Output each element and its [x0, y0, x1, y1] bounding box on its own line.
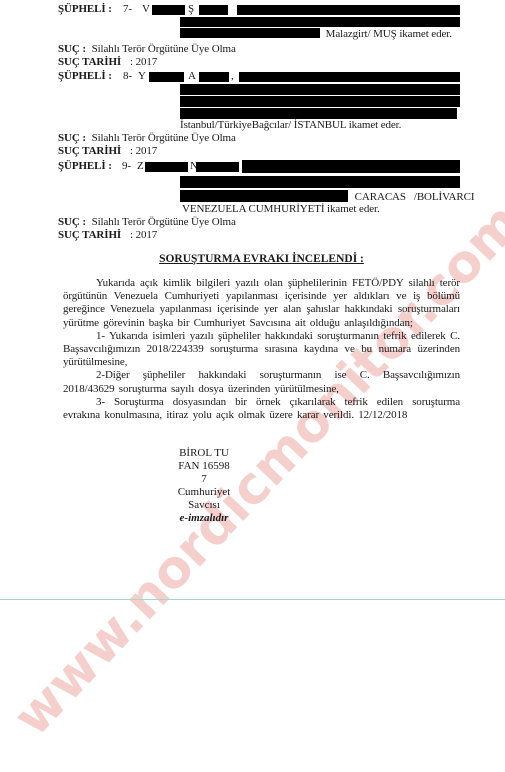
body-paragraph-1: Yukarıda açık kimlik bilgileri yazılı ol… — [63, 277, 460, 330]
crime-label: SUÇ : — [58, 216, 86, 228]
redaction-bar — [242, 160, 460, 173]
redaction-bar — [180, 84, 460, 95]
suspect-8-redacted-line — [180, 84, 460, 95]
redaction-bar — [180, 28, 320, 38]
crime-date-label: SUÇ TARİHİ — [58, 229, 121, 241]
redaction-bar — [145, 162, 188, 172]
crime-date-value: : 2017 — [130, 145, 157, 158]
redaction-bar — [199, 5, 228, 15]
body-paragraph-3: 2-Diğer şüpheliler hakkındaki soruşturma… — [63, 369, 460, 395]
redaction-bar — [180, 190, 348, 202]
suspect-initial: A — [188, 70, 196, 83]
crime-date-value: : 2017 — [130, 56, 157, 69]
redaction-bar — [180, 176, 460, 188]
redaction-bar — [149, 72, 184, 82]
residence-text: İstanbul/TürkiyeBağcılar/ İSTANBUL ikame… — [180, 119, 401, 131]
suspect-9-redacted-line — [180, 176, 460, 188]
suspect-number: 7- — [123, 3, 132, 16]
section-heading-text: SORUŞTURMA EVRAKI İNCELENDİ : — [159, 253, 364, 265]
suspect-8-residence-line: İstanbul/TürkiyeBağcılar/ İSTANBUL ikame… — [180, 119, 401, 132]
suspect-8-redacted-line — [180, 96, 460, 107]
residence-text: CARACAS /BOLİVARCI — [355, 191, 475, 203]
signature-block: BİROL TU FAN 16598 7 Cumhuriyet Savcısı … — [144, 447, 264, 525]
redaction-bar — [152, 5, 185, 15]
document-page: www.nordicmonitor.com ŞÜPHELİ : 7- V Ş M… — [0, 0, 505, 772]
suspect-7-redacted-line — [180, 17, 460, 27]
suspect-9-crime-line: SUÇ : Silahlı Terör Örgütüne Üye Olma — [58, 216, 236, 229]
redaction-bar — [196, 162, 239, 172]
suspect-label: ŞÜPHELİ : — [58, 3, 112, 16]
suspect-7-crime-line: SUÇ : Silahlı Terör Örgütüne Üye Olma — [58, 43, 236, 56]
section-heading: SORUŞTURMA EVRAKI İNCELENDİ : — [63, 253, 460, 266]
suspect-8-crime-line: SUÇ : Silahlı Terör Örgütüne Üye Olma — [58, 132, 236, 145]
divider-line — [0, 599, 505, 600]
suspect-initial: Y — [138, 70, 146, 83]
redaction-bar — [180, 96, 460, 107]
suspect-9-residence-line-2: VENEZUELA CUMHURİYETİ ikamet eder. — [182, 203, 380, 216]
suspect-7-crime-date-line: SUÇ TARİHİ : 2017 — [58, 56, 121, 69]
crime-label: SUÇ : — [58, 43, 86, 55]
e-signature-note: e-imzalıdır — [144, 512, 264, 525]
suspect-7-residence-line: Malazgirt/ MUŞ ikamet eder. — [180, 28, 452, 41]
crime-value: Silahlı Terör Örgütüne Üye Olma — [92, 132, 236, 144]
crime-date-label: SUÇ TARİHİ — [58, 56, 121, 68]
body-paragraph-4: 3- Soruşturma dosyasından bir örnek çıka… — [63, 396, 460, 422]
suspect-initial: Ş — [188, 3, 194, 16]
prosecutor-title-line-1: Cumhuriyet — [144, 486, 264, 499]
crime-value: Silahlı Terör Örgütüne Üye Olma — [92, 216, 236, 228]
crime-value: Silahlı Terör Örgütüne Üye Olma — [92, 43, 236, 55]
suspect-8-redacted-line — [180, 108, 457, 119]
suspect-8-crime-date-line: SUÇ TARİHİ : 2017 — [58, 145, 121, 158]
suspect-9-crime-date-line: SUÇ TARİHİ : 2017 — [58, 229, 121, 242]
redaction-bar — [180, 108, 457, 119]
comma-text: , — [231, 70, 234, 83]
crime-date-label: SUÇ TARİHİ — [58, 145, 121, 157]
decision-body: Yukarıda açık kimlik bilgileri yazılı ol… — [63, 277, 460, 422]
redaction-bar — [199, 72, 229, 82]
prosecutor-name-line-1: BİROL TU — [144, 447, 264, 460]
crime-date-value: : 2017 — [130, 229, 157, 242]
redaction-bar — [239, 72, 460, 82]
residence-text: Malazgirt/ MUŞ ikamet eder. — [326, 28, 452, 40]
prosecutor-name-line-3: 7 — [144, 473, 264, 486]
suspect-number: 8- — [123, 70, 132, 83]
suspect-number: 9- — [122, 160, 131, 173]
residence-text: VENEZUELA CUMHURİYETİ ikamet eder. — [182, 203, 380, 215]
redaction-bar — [237, 5, 460, 15]
body-paragraph-2: 1- Yukarıda isimleri yazılı şüpheliler h… — [63, 330, 460, 370]
prosecutor-title-line-2: Savcısı — [144, 499, 264, 512]
redaction-bar — [180, 17, 460, 27]
suspect-9-residence-line-1: CARACAS /BOLİVARCI — [180, 190, 474, 204]
suspect-initial: Z — [137, 160, 144, 173]
suspect-label: ŞÜPHELİ : — [58, 70, 112, 83]
suspect-initial: V — [142, 3, 150, 16]
crime-label: SUÇ : — [58, 132, 86, 144]
prosecutor-name-line-2: FAN 16598 — [144, 460, 264, 473]
suspect-label: ŞÜPHELİ : — [58, 160, 112, 173]
